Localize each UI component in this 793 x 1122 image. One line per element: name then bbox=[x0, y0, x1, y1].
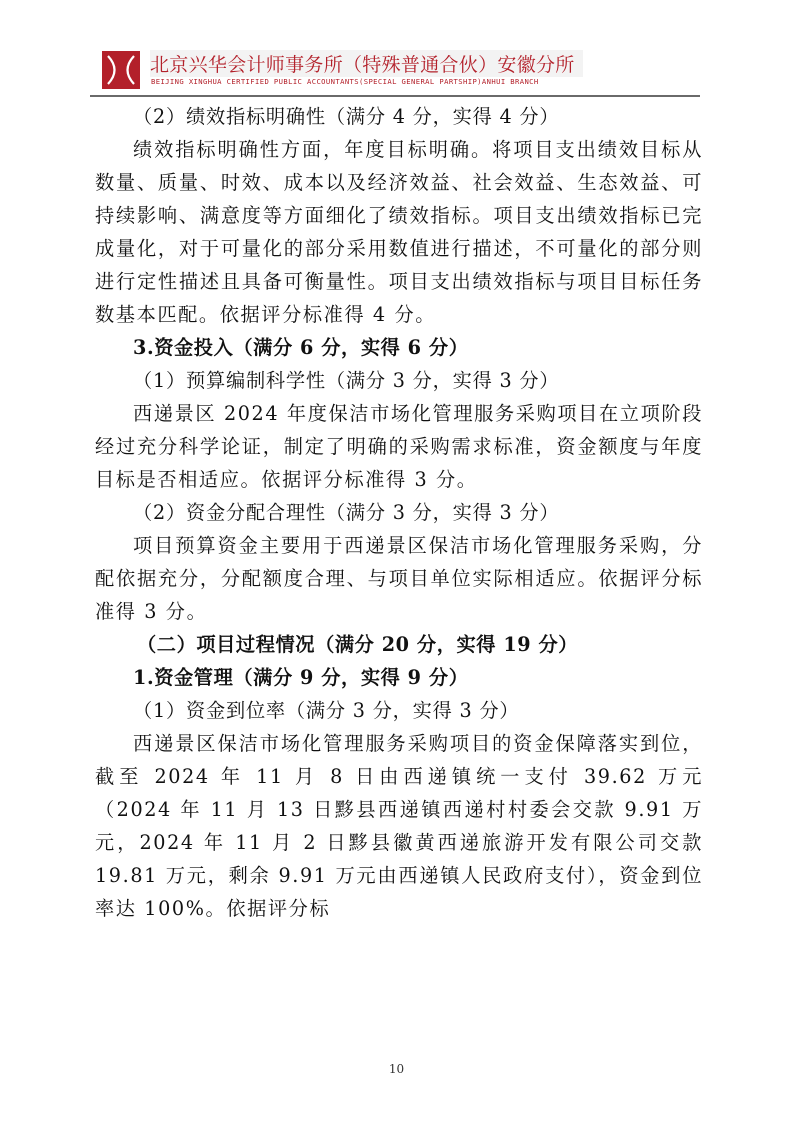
xinghua-logo-icon bbox=[102, 51, 140, 89]
body-paragraph: 西递景区保洁市场化管理服务采购项目的资金保障落实到位，截至 2024 年 11 … bbox=[95, 727, 703, 925]
subsection-heading: （2）绩效指标明确性（满分 4 分，实得 4 分） bbox=[95, 100, 703, 133]
header-divider bbox=[90, 95, 700, 97]
page-number: 10 bbox=[0, 1062, 793, 1076]
document-body: （2）绩效指标明确性（满分 4 分，实得 4 分） 绩效指标明确性方面，年度目标… bbox=[95, 100, 703, 925]
section-heading: 3.资金投入（满分 6 分，实得 6 分） bbox=[95, 331, 703, 364]
chapter-heading: （二）项目过程情况（满分 20 分，实得 19 分） bbox=[95, 628, 703, 661]
document-header: 北京兴华会计师事务所（特殊普通合伙）安徽分所 BEIJING XINGHUA C… bbox=[98, 48, 608, 92]
section-heading: 1.资金管理（满分 9 分，实得 9 分） bbox=[95, 661, 703, 694]
subsection-heading: （1）预算编制科学性（满分 3 分，实得 3 分） bbox=[95, 364, 703, 397]
org-name-en: BEIJING XINGHUA CERTIFIED PUBLIC ACCOUNT… bbox=[151, 77, 539, 86]
body-paragraph: 西递景区 2024 年度保洁市场化管理服务采购项目在立项阶段经过充分科学论证，制… bbox=[95, 397, 703, 496]
org-name-cn: 北京兴华会计师事务所（特殊普通合伙）安徽分所 bbox=[150, 50, 583, 77]
body-paragraph: 绩效指标明确性方面，年度目标明确。将项目支出绩效目标从数量、质量、时效、成本以及… bbox=[95, 133, 703, 331]
subsection-heading: （1）资金到位率（满分 3 分，实得 3 分） bbox=[95, 694, 703, 727]
subsection-heading: （2）资金分配合理性（满分 3 分，实得 3 分） bbox=[95, 496, 703, 529]
body-paragraph: 项目预算资金主要用于西递景区保洁市场化管理服务采购，分配依据充分，分配额度合理、… bbox=[95, 529, 703, 628]
